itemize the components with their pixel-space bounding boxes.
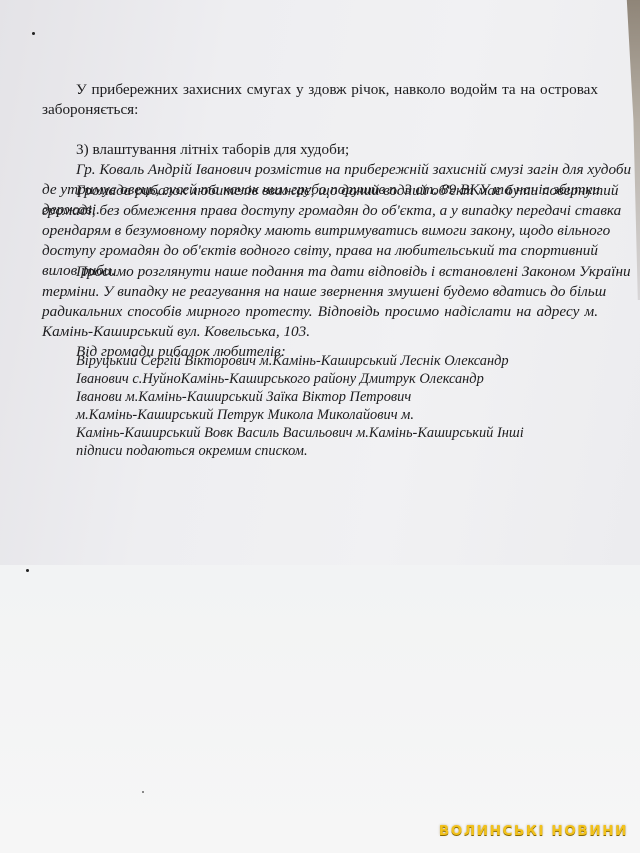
punch-mark [32,32,35,35]
text-line: радикальних способів мирного протесту. В… [42,302,598,322]
signatory-line: Іванови м.Камінь-Каширський Заїка Віктор… [76,388,524,406]
signatory-line: м.Камінь-Каширський Петрук Микола Микола… [76,406,524,424]
signatory-line: Камінь-Каширський Вовк Василь Васильович… [76,424,524,442]
paragraph-restrictions-intro: У прибережних захисних смугах у здовж рі… [42,80,598,120]
signatory-line: Віруцький Сергій Вікторович м.Камінь-Каш… [76,352,524,370]
text-line: Камінь-Каширський вул. Ковельська, 103. [42,322,598,342]
paragraph-request: Просимо розглянути наше подання та дати … [42,262,598,362]
paragraph-restriction-item: 3) влаштування літніх таборів для худоби… [42,140,598,160]
text-line: Громада рибалок любителів вважає, що дан… [42,181,598,201]
signatories-list: Віруцький Сергій Вікторович м.Камінь-Каш… [76,352,524,460]
text-line: громаді, без обмеження права доступу гро… [42,201,598,221]
watermark-logo: ВОЛИНСЬКІ НОВИНИ [439,823,628,839]
text-line: забороняється: [42,100,598,120]
text-line: 3) влаштування літніх таборів для худоби… [42,140,598,160]
signatory-line: підписи подаються окремим списком. [76,442,524,460]
text-line: орендарям в безумовному порядку мають ви… [42,221,598,241]
text-line: У прибережних захисних смугах у здовж рі… [42,80,598,100]
text-line: терміни. У випадку не реагування на наше… [42,282,598,302]
text-line: доступу громадян до об'єктів водного сві… [42,241,598,261]
text-line: Просимо розглянути наше подання та дати … [42,262,598,282]
speck-mark [142,791,144,793]
punch-mark [26,569,29,572]
text-line: Гр. Коваль Андрій Іванович розмістив на … [42,160,598,180]
signatory-line: Іванович с.НуйноКамінь-Каширського район… [76,370,524,388]
document-page: У прибережних захисних смугах у здовж рі… [0,0,640,853]
